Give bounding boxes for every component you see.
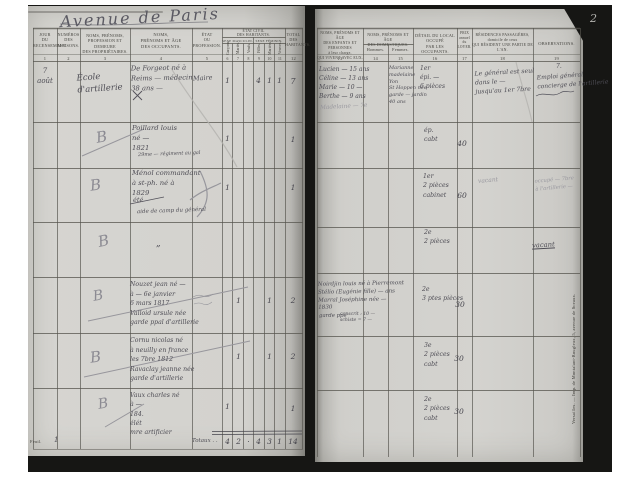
row4-ditto-mark: „ — [156, 238, 161, 251]
row5-occupant: Nouzet jean né — à — 6e janvier 6 mars 1… — [130, 280, 199, 328]
row5-total-count: 2 — [286, 296, 300, 305]
row6-pencil-b-mark: B — [89, 347, 102, 366]
row1-garcons-count: 1 — [222, 76, 233, 85]
total-filles: 4 — [253, 437, 264, 446]
row1-proprietor: École d'artillerie — [76, 69, 123, 97]
column-number-17: 17 — [457, 56, 472, 62]
row5-children: Noirdjin louis né à Pierremont Stélio (E… — [318, 280, 405, 313]
subcolumn-header-femmes: Femmes. — [388, 47, 413, 52]
row1-temporary-residence: Le général est seul dans le — jusqu'au 1… — [474, 67, 535, 97]
row3-rent-price: 60 — [455, 191, 469, 200]
column-header-observations: OBSERVATIONS. — [533, 41, 580, 47]
scanned-census-register: Avenue de Paris 2 Versailles. — Imp. de … — [0, 0, 617, 480]
column-number-4: 4 — [130, 56, 192, 62]
total-veuves: 1 — [274, 437, 285, 446]
row1-total-count: 7 — [286, 77, 300, 86]
column-number-13: 13 — [317, 56, 363, 62]
sheet-label: Feuil. — [30, 439, 52, 445]
row7-occupant: Vaux charles né à — 184. élét mre artifi… — [130, 391, 180, 437]
printer-imprint: Versailles. — Imp. de Montalant-Bougleux… — [571, 292, 576, 424]
column-header-proprietaires: NOMS, PRÉNOMS, PROFESSION ET DEMEURE DES… — [80, 33, 130, 55]
row2-occupant: Poillard louis né — 1821 — [132, 124, 177, 154]
column-header-jour: JOUR DU RECENSEMENT. — [33, 32, 57, 48]
row1-children: Lucien — 15 ans Céline — 13 ans Marie — … — [319, 65, 369, 101]
row1-profession: Maire — [193, 73, 213, 84]
row7-garcons-count: 1 — [222, 402, 233, 411]
column-header-prix: PRIX annuel du LOYER. — [457, 31, 472, 50]
row6-rent-price: 30 — [452, 354, 466, 363]
group-header-etat-civil: ÉTAT CIVIL DES HABITANTS. — [222, 29, 285, 38]
column-header-local: DÉTAIL DU LOCAL OCCUPÉ PAR LES OCCUPANTS… — [413, 33, 457, 55]
column-number-14: 14 — [363, 56, 388, 62]
row2-garcons-count: 1 — [222, 134, 233, 143]
column-header-etat-profession: ÉTAT OU PROFESSION. — [192, 32, 222, 48]
row3-pencil-b-mark: B — [89, 175, 102, 194]
column-number-9: 9 — [254, 57, 264, 62]
column-header-numeros: NUMÉROS DES MAISONS. — [57, 32, 80, 48]
row7-total-count: 1 — [286, 404, 300, 413]
row6-maries-count: 1 — [233, 352, 244, 361]
row5-rent-price: 30 — [453, 300, 467, 309]
column-header-total: TOTAL DES HABITANTS. — [285, 32, 302, 48]
row1-census-day: 7 août — [34, 66, 56, 86]
row1-observation-mark: 7. — [556, 63, 562, 72]
column-number-1: 1 — [33, 56, 57, 62]
column-number-10: 10 — [265, 57, 275, 62]
row1-veuves-count: 1 — [274, 76, 285, 85]
row5-maries-count: 1 — [233, 296, 244, 305]
column-number-11: 11 — [275, 57, 285, 62]
row1-filles-count: 4 — [253, 76, 264, 85]
column-header-occupants: NOMS, PRÉNOMS ET ÂGE DES OCCUPANTS. — [130, 32, 192, 50]
row4-dwelling-detail: 2e 2 pièces — [424, 228, 450, 247]
row3-struck-word: été — [133, 196, 143, 205]
page-number: 2 — [590, 11, 597, 27]
group-header-domestiques: NOMS, PRÉNOMS ET ÂGE DES DOMESTIQUES. — [363, 32, 413, 48]
row3-garcons-count: 1 — [222, 183, 233, 192]
column-number-16: 16 — [413, 56, 457, 62]
row6-total-count: 2 — [286, 352, 300, 361]
column-number-7: 7 — [233, 57, 243, 62]
row1-dwelling-detail: 1er épi. — 6 pièces — [420, 64, 445, 91]
row6-occupant: Cornu nicolas né à neuilly en france les… — [130, 336, 194, 384]
column-number-8: 8 — [244, 57, 254, 62]
row1-occupant: De Forgeot né à Reims — médecin 38 ans — — [131, 63, 193, 94]
column-number-18: 18 — [472, 56, 533, 62]
row6-mariees-count: 1 — [264, 352, 275, 361]
row3-total-count: 1 — [286, 183, 300, 192]
row5-mariees-count: 1 — [264, 296, 275, 305]
column-header-residences: RÉSIDENCES PASSAGÈRES, domicile de ceux … — [472, 33, 533, 53]
row3-dwelling-detail: 1er 2 pièces cabinet — [423, 172, 449, 200]
row3-residence-pencil-note: vacant — [478, 176, 499, 186]
totals-label: Totaux . . — [192, 438, 218, 446]
column-number-15: 15 — [388, 56, 413, 62]
row3-occupant: Ménol commandant à st-ph. né à 1829 — [132, 169, 201, 199]
row7-rent-price: 30 — [452, 407, 466, 416]
subcolumn-header-hommes: Hommes. — [363, 47, 388, 52]
row7-dwelling-detail: 2e 2 pièces cabt — [424, 395, 450, 423]
row6-dwelling-detail: 3e 2 pièces cabt — [424, 341, 450, 369]
row2-dwelling-detail: ép. cabt — [424, 127, 438, 145]
column-number-19: 19 — [533, 56, 580, 62]
row5-guard-note: garde ppé — [319, 313, 347, 321]
row2-rent-price: 40 — [455, 139, 469, 148]
column-number-5: 5 — [192, 56, 222, 62]
column-number-2: 2 — [57, 56, 80, 62]
column-number-6: 6 — [223, 57, 233, 62]
column-number-3: 3 — [80, 56, 130, 62]
grand-total: 14 — [285, 437, 301, 446]
total-garcons: 4 — [222, 437, 233, 446]
row2-total-count: 1 — [286, 135, 300, 144]
row4-vacant-observation: vacant — [532, 240, 555, 251]
sheet-number: 1 — [54, 435, 58, 445]
column-number-12: 12 — [285, 56, 302, 62]
